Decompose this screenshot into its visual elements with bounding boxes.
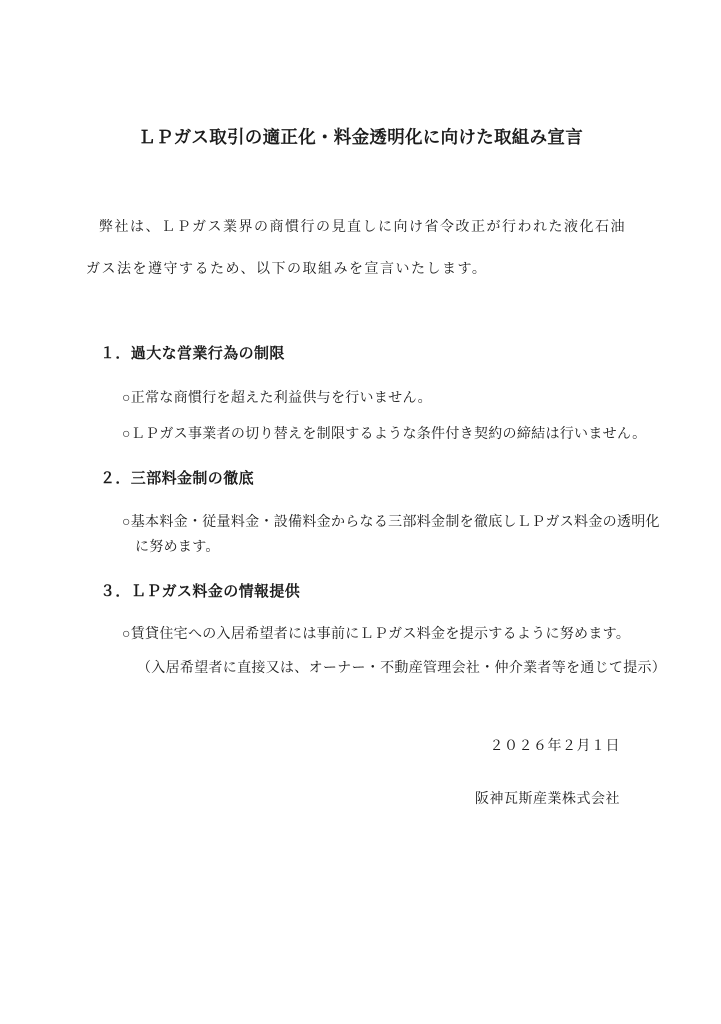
document-title: ＬＰガス取引の適正化・料金透明化に向けた取組み宣言 (0, 124, 721, 149)
section-3-note: （入居希望者に直接又は、オーナー・不動産管理会社・仲介業者等を通じて提示） (137, 660, 666, 678)
section-3-heading: ３．ＬＰガス料金の情報提供 (100, 583, 300, 603)
section-2-bullet-1-line-1: ○基本料金・従量料金・設備料金からなる三部料金制を徹底しＬＰガス料金の透明化 (122, 514, 660, 532)
document-page: ＬＰガス取引の適正化・料金透明化に向けた取組み宣言 弊社は、ＬＰガス業界の商慣行… (0, 0, 721, 1024)
section-2-heading: ２．三部料金制の徹底 (100, 470, 254, 490)
intro-paragraph-line-2: ガス法を遵守するため、以下の取組みを宣言いたします。 (86, 261, 487, 279)
intro-paragraph-line-1: 弊社は、ＬＰガス業界の商慣行の見直しに向け省令改正が行われた液化石油 (99, 219, 626, 237)
company-name: 阪神瓦斯産業株式会社 (475, 791, 620, 809)
section-3-bullet-1: ○賃貸住宅への入居希望者には事前にＬＰガス料金を提示するように努めます。 (122, 626, 630, 644)
section-1-bullet-2: ○ＬＰガス事業者の切り替えを制限するような条件付き契約の締結は行いません。 (122, 426, 646, 444)
section-2-bullet-1-line-2: に努めます。 (135, 539, 220, 557)
section-1-bullet-1: ○正常な商慣行を超えた利益供与を行いません。 (122, 390, 432, 408)
section-1-heading: １．過大な営業行為の制限 (100, 345, 285, 365)
document-date: ２０２６年２月１日 (490, 738, 621, 756)
